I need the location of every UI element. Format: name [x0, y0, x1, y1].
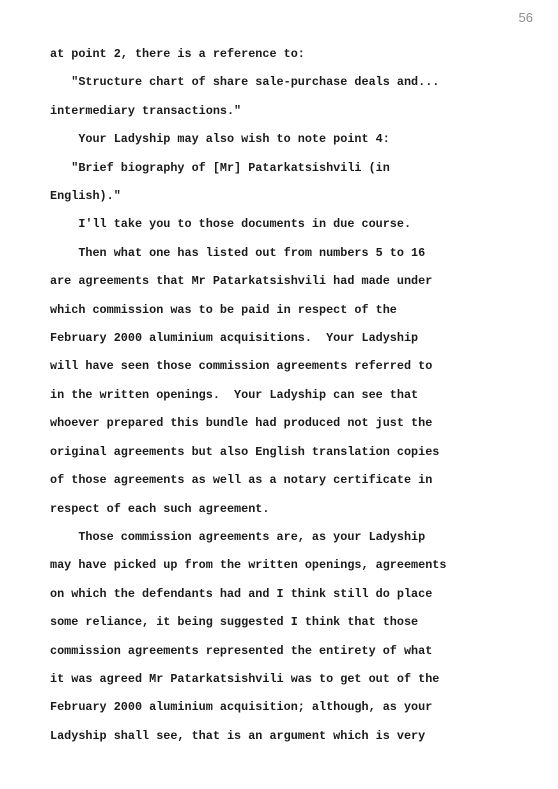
transcript-line: February 2000 aluminium acquisitions. Yo… — [50, 324, 520, 352]
transcript-line: "Structure chart of share sale-purchase … — [50, 68, 520, 96]
transcript-line: may have picked up from the written open… — [50, 551, 520, 579]
transcript-line: of those agreements as well as a notary … — [50, 466, 520, 494]
transcript-line: original agreements but also English tra… — [50, 438, 520, 466]
transcript-line: commission agreements represented the en… — [50, 637, 520, 665]
transcript-line: will have seen those commission agreemen… — [50, 352, 520, 380]
page-number: 56 — [0, 10, 533, 25]
transcript-line: I'll take you to those documents in due … — [50, 210, 520, 238]
transcript-line: at point 2, there is a reference to: — [50, 40, 520, 68]
transcript-line: Those commission agreements are, as your… — [50, 523, 520, 551]
transcript-line: intermediary transactions." — [50, 97, 520, 125]
transcript-line: "Brief biography of [Mr] Patarkatsishvil… — [50, 154, 520, 182]
transcript-line: in the written openings. Your Ladyship c… — [50, 381, 520, 409]
transcript-line: English)." — [50, 182, 520, 210]
transcript-line: it was agreed Mr Patarkatsishvili was to… — [50, 665, 520, 693]
transcript-line: respect of each such agreement. — [50, 495, 520, 523]
transcript-line: some reliance, it being suggested I thin… — [50, 608, 520, 636]
transcript-line: February 2000 aluminium acquisition; alt… — [50, 693, 520, 721]
transcript-page: 56 at point 2, there is a reference to: … — [0, 0, 558, 789]
transcript-line: Your Ladyship may also wish to note poin… — [50, 125, 520, 153]
transcript-line: which commission was to be paid in respe… — [50, 296, 520, 324]
transcript-line: whoever prepared this bundle had produce… — [50, 409, 520, 437]
transcript-text: at point 2, there is a reference to: "St… — [50, 40, 520, 750]
transcript-line: Then what one has listed out from number… — [50, 239, 520, 267]
transcript-line: are agreements that Mr Patarkatsishvili … — [50, 267, 520, 295]
transcript-line: Ladyship shall see, that is an argument … — [50, 722, 520, 750]
transcript-line: on which the defendants had and I think … — [50, 580, 520, 608]
